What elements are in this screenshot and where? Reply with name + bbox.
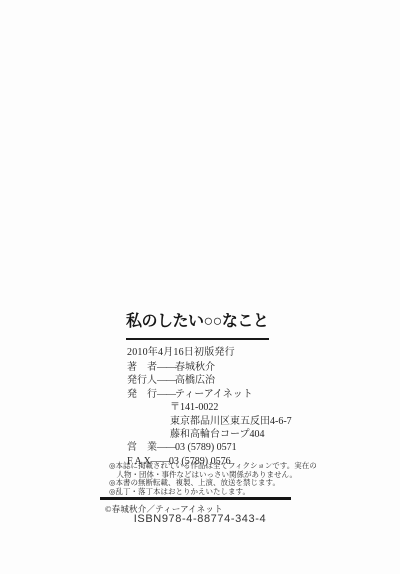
credit-value: ティーアイネット xyxy=(175,389,253,400)
credit-value: 春城秋介 xyxy=(175,362,215,373)
credit-row-author: 著 者——春城秋介 xyxy=(127,361,292,374)
bottom-rule xyxy=(100,497,291,500)
notice-line-defective-copies: ◎乱丁・落丁本はおとりかえいたします。 xyxy=(109,488,317,497)
address-line-building: 藤和高輪台コープ404 xyxy=(127,428,292,441)
credit-value: 高橋広治 xyxy=(175,375,215,386)
edition-date: 2010年4月16日初版発行 xyxy=(127,343,235,358)
address-line-street: 東京都品川区東五反田4-6-7 xyxy=(127,415,292,428)
credit-separator: —— xyxy=(157,389,175,400)
isbn: ISBN978-4-88774-343-4 xyxy=(0,513,400,525)
title-rule xyxy=(126,338,269,340)
address-line-postal: 〒141-0022 xyxy=(127,401,292,414)
colophon-page: 私のしたい○○なこと 2010年4月16日初版発行 著 者——春城秋介 発行人—… xyxy=(0,0,400,574)
credit-separator: —— xyxy=(157,375,175,386)
book-title: 私のしたい○○なこと xyxy=(126,308,268,331)
contact-value: 03 (5789) 0571 xyxy=(175,442,237,453)
credit-row-publisher-person: 発行人——高橋広治 xyxy=(127,374,292,387)
credit-separator: —— xyxy=(157,362,175,373)
credit-label: 著 者 xyxy=(127,362,157,373)
contact-row-sales: 営 業——03 (5789) 0571 xyxy=(127,441,292,454)
credit-label: 発行人 xyxy=(127,375,157,386)
credits-block: 著 者——春城秋介 発行人——高橋広治 発 行——ティーアイネット 〒141-0… xyxy=(127,361,292,468)
credit-row-publisher: 発 行——ティーアイネット xyxy=(127,388,292,401)
notices-block: ◎本誌に掲載されている作品は全てフィクションです。実在の 人物・団体・事件などは… xyxy=(109,462,317,496)
contact-separator: —— xyxy=(157,442,175,453)
credit-label: 発 行 xyxy=(127,389,157,400)
contact-label: 営 業 xyxy=(127,442,157,453)
